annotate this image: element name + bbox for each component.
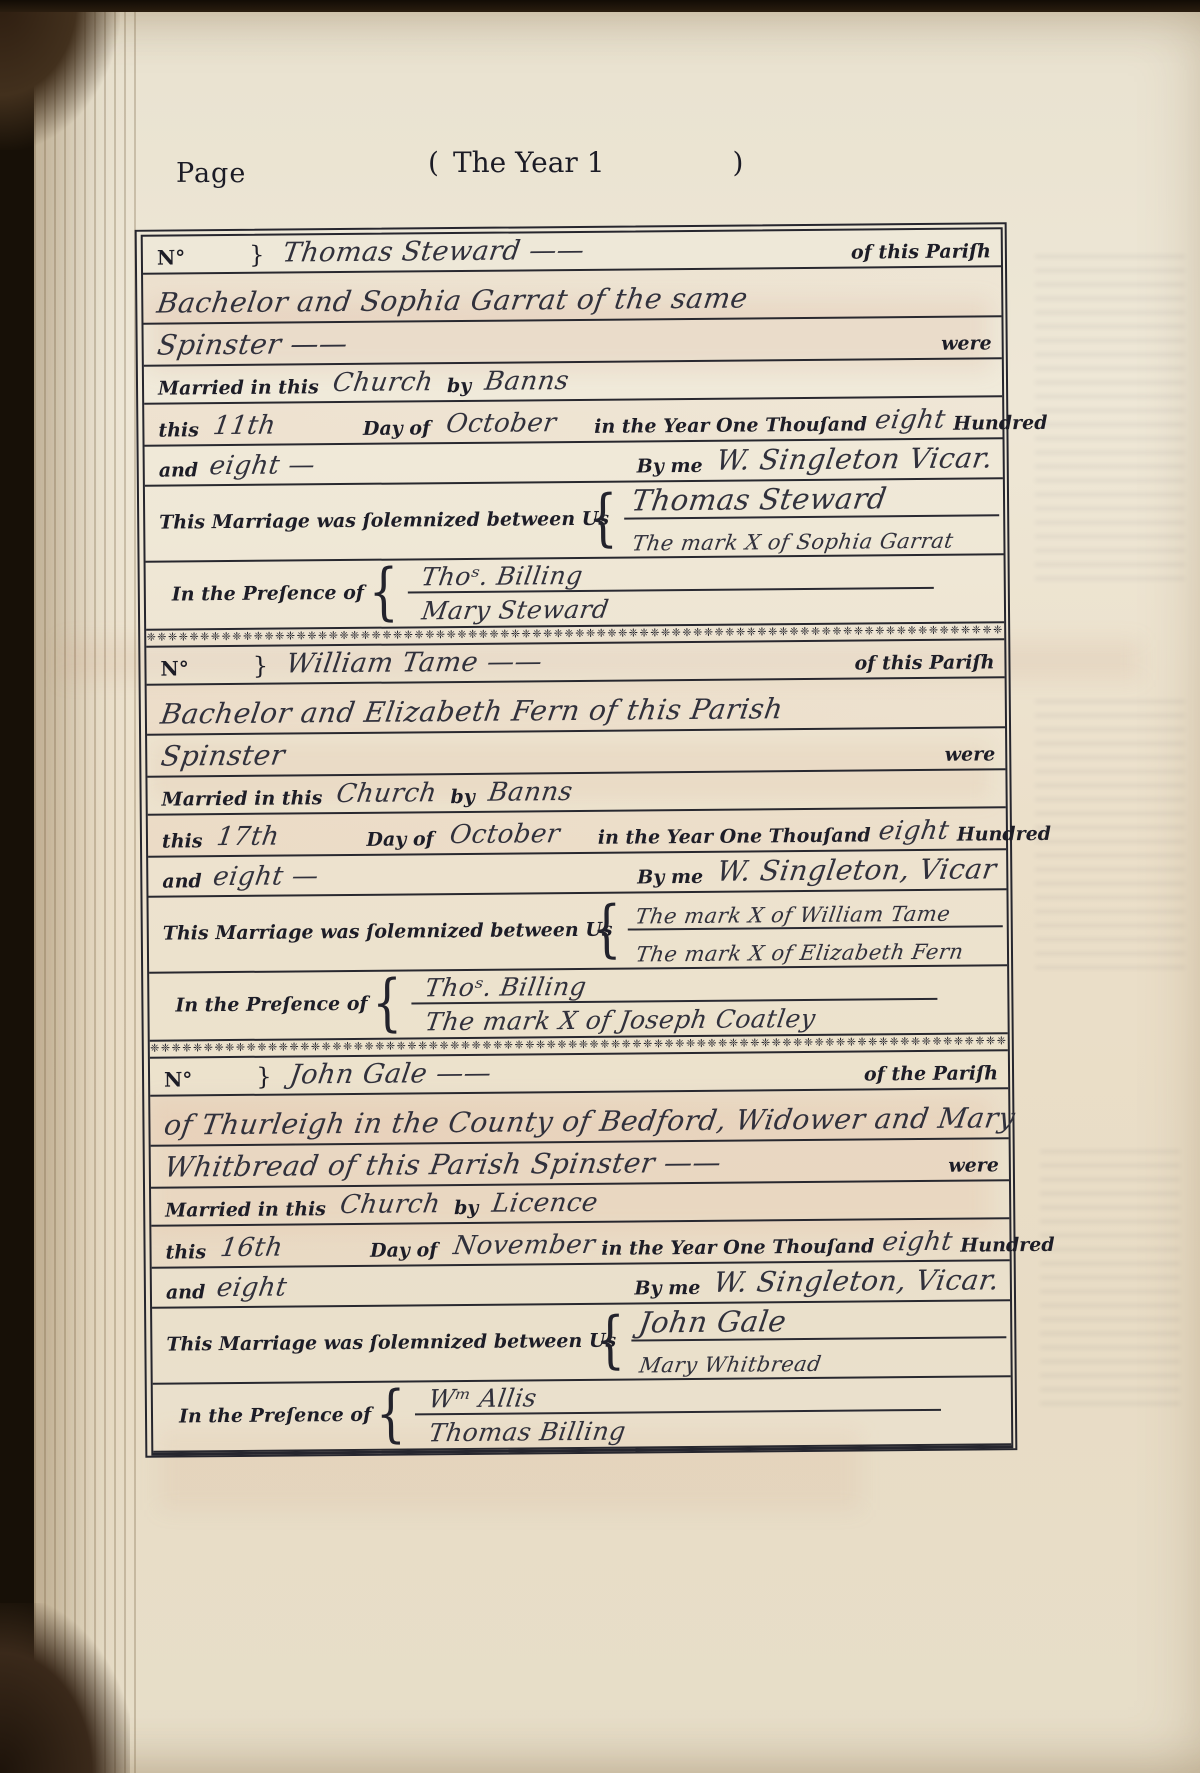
of-parish-label: of this Pariſh [851, 240, 991, 263]
month-value: November [451, 1230, 595, 1261]
marriage-entry-3: N° } John Gale —— of the Pariſh of Thurl… [150, 1051, 1011, 1452]
day-of-label: Day of [366, 828, 433, 851]
by-label: by [450, 786, 475, 808]
month-value: October [448, 819, 592, 850]
spinster-row: Spinster were [147, 728, 1005, 777]
date-row: this 17th Day of October in the Year One… [148, 808, 1006, 857]
year-close-paren: ) [733, 146, 744, 179]
year-text: The Year 1 [453, 146, 605, 179]
solemnized-label: This Marriage was ſolemnized between Us [163, 918, 587, 944]
bride-signature-line: The mark X of Elizabeth Fern [628, 927, 1003, 966]
year-label: in the Year One Thouſand [594, 413, 867, 437]
church-word: Church [330, 367, 435, 398]
by-me-label: By me [637, 866, 703, 889]
page-label: Page [176, 158, 246, 189]
church-word: Church [338, 1189, 443, 1220]
year-hundreds: eight [873, 405, 948, 436]
year-hundreds: eight [880, 1227, 955, 1258]
officiant-signature: W. Singleton, Vicar [715, 852, 999, 887]
groom-name: John Gale —— [287, 1058, 493, 1091]
spinster-row: Whitbread of this Parish Spinster —— wer… [151, 1139, 1009, 1188]
bride-condition: Spinster [159, 739, 288, 773]
presence-label: In the Preſence of [163, 992, 367, 1016]
year-label: in the Year One Thouſand [598, 824, 871, 848]
bride-condition: Spinster —— [155, 327, 350, 362]
open-brace: { [369, 566, 399, 619]
open-brace: { [588, 492, 618, 545]
hundred-label: Hundred [953, 412, 1047, 435]
by-me-label: By me [637, 455, 703, 478]
groom-signature: The mark X of William Tame [634, 901, 952, 928]
bride-signature-line: The mark X of Sophia Garrat [625, 516, 1000, 555]
day-value: 17th [214, 821, 338, 852]
witness-row: In the Preſence of { Wᵐ Allis Thomas Bil… [153, 1377, 1012, 1452]
number-label: N° [157, 245, 185, 269]
marriage-entry-2: N° } William Tame —— of this Pariſh Bach… [146, 640, 1007, 1041]
groom-name: William Tame —— [284, 646, 544, 679]
witness-1-line: Thoˢ. Billing [411, 965, 938, 1004]
groom-signature-line: John Gale [631, 1300, 1006, 1341]
bride-row: Bachelor and Sophia Garrat of the same [143, 267, 1001, 324]
year-label: in the Year One Thouſand [601, 1235, 874, 1259]
bride-condition: Whitbread of this Parish Spinster —— [162, 1146, 723, 1184]
witness-row: In the Preſence of { Thoˢ. Billing Mary … [146, 555, 1005, 630]
witness-2-line: Mary Steward [407, 588, 934, 625]
marriage-register-form: N° } Thomas Steward —— of this Pariſh Ba… [135, 222, 1018, 1458]
open-brace: { [591, 903, 621, 956]
solemnized-label: This Marriage was ſolemnized between Us [166, 1329, 590, 1355]
bride-row: of Thurleigh in the County of Bedford, W… [150, 1089, 1008, 1146]
bride-signature: The mark X of Elizabeth Fern [635, 939, 966, 966]
married-label: Married in this [162, 787, 323, 810]
bride-signature: Mary Whitbread [638, 1351, 823, 1377]
month-value: October [444, 408, 588, 439]
brace: } [249, 241, 265, 269]
groom-signature-line: The mark X of William Tame [628, 889, 1003, 930]
this-label: this [165, 1241, 206, 1263]
page-edge-stack [34, 10, 144, 1773]
year-open-paren: ( [428, 146, 439, 179]
bride-row: Bachelor and Elizabeth Fern of this Pari… [147, 678, 1005, 735]
date-row: this 11th Day of October in the Year One… [144, 397, 1002, 446]
were-label: were [941, 332, 992, 354]
spinster-row: Spinster —— were [143, 317, 1001, 366]
open-brace: { [372, 977, 402, 1030]
witness-row: In the Preſence of { Thoˢ. Billing The m… [149, 966, 1008, 1041]
by-label: by [447, 375, 472, 397]
presence-label: In the Preſence of [160, 581, 364, 605]
day-value: 11th [211, 410, 335, 441]
brace: } [256, 1063, 272, 1091]
hundred-label: Hundred [960, 1234, 1054, 1257]
book-binding-corner [0, 0, 120, 150]
witness-1-signature: Thoˢ. Billing [419, 560, 584, 590]
officiant-signature: W. Singleton Vicar. [714, 441, 995, 476]
solemnized-label: This Marriage was ſolemnized between Us [159, 507, 583, 533]
by-me-label: By me [634, 1277, 700, 1300]
church-word: Church [334, 778, 439, 809]
groom-name: Thomas Steward —— [280, 235, 586, 269]
hundred-label: Hundred [957, 823, 1051, 846]
condition-and-bride: of Thurleigh in the County of Bedford, W… [162, 1101, 1017, 1141]
year-hundreds: eight [876, 816, 951, 847]
presence-label: In the Preſence of [167, 1403, 371, 1427]
witness-2-signature: Mary Steward [419, 594, 610, 625]
year-units: eight — [208, 449, 422, 481]
groom-signature-line: Thomas Steward [624, 478, 999, 519]
groom-signature: Thomas Steward [630, 481, 890, 517]
married-label: Married in this [165, 1198, 326, 1221]
this-label: this [158, 419, 199, 441]
day-of-label: Day of [363, 417, 430, 440]
date-row: this 16th Day of November in the Year On… [151, 1219, 1009, 1268]
by-label: by [454, 1197, 479, 1219]
book-cover-corner [0, 1603, 130, 1773]
number-label: N° [164, 1067, 192, 1091]
witness-1-signature: Thoˢ. Billing [423, 971, 588, 1001]
method-word: Banns [483, 366, 571, 397]
witness-1-line: Wᵐ Allis [414, 1376, 941, 1415]
open-brace: { [595, 1314, 625, 1367]
and-label: and [159, 459, 199, 481]
method-word: Banns [487, 777, 575, 808]
year-heading: ( The Year 1 ) [428, 146, 743, 179]
condition-and-bride: Bachelor and Elizabeth Fern of this Pari… [158, 692, 785, 730]
bride-signature-line: Mary Whitbread [632, 1338, 1007, 1377]
day-value: 16th [218, 1232, 342, 1263]
witness-2-signature: Thomas Billing [427, 1416, 628, 1447]
book-edge-shadow [0, 0, 1200, 12]
witness-2-signature: The mark X of Joseph Coatley [423, 1003, 817, 1035]
number-label: N° [160, 656, 188, 680]
condition-and-bride: Bachelor and Sophia Garrat of the same [155, 281, 750, 319]
solemnized-row: This Marriage was ſolemnized between Us … [152, 1301, 1011, 1384]
marriage-entry-1: N° } Thomas Steward —— of this Pariſh Ba… [143, 229, 1004, 630]
open-brace: { [376, 1388, 406, 1441]
groom-signature: John Gale [637, 1304, 789, 1339]
and-label: and [166, 1281, 206, 1303]
day-of-label: Day of [370, 1239, 437, 1262]
witness-2-line: The mark X of Joseph Coatley [411, 999, 938, 1036]
this-label: this [162, 830, 203, 852]
of-parish-label: of this Pariſh [854, 651, 994, 674]
witness-2-line: Thomas Billing [415, 1410, 942, 1447]
officiant-signature: W. Singleton, Vicar. [712, 1263, 1002, 1299]
married-label: Married in this [158, 376, 319, 399]
solemnized-row: This Marriage was ſolemnized between Us … [148, 890, 1007, 973]
were-label: were [945, 743, 996, 765]
were-label: were [948, 1154, 999, 1176]
and-label: and [162, 870, 202, 892]
witness-1-line: Thoˢ. Billing [407, 554, 934, 593]
solemnized-row: This Marriage was ſolemnized between Us … [145, 479, 1004, 562]
year-units: eight — [211, 860, 425, 892]
witness-1-signature: Wᵐ Allis [426, 1383, 538, 1413]
bride-signature: The mark X of Sophia Garrat [631, 528, 956, 555]
year-units: eight [215, 1271, 429, 1303]
brace: } [253, 652, 269, 680]
method-word: Licence [490, 1188, 600, 1219]
of-parish-label: of the Pariſh [864, 1062, 998, 1085]
